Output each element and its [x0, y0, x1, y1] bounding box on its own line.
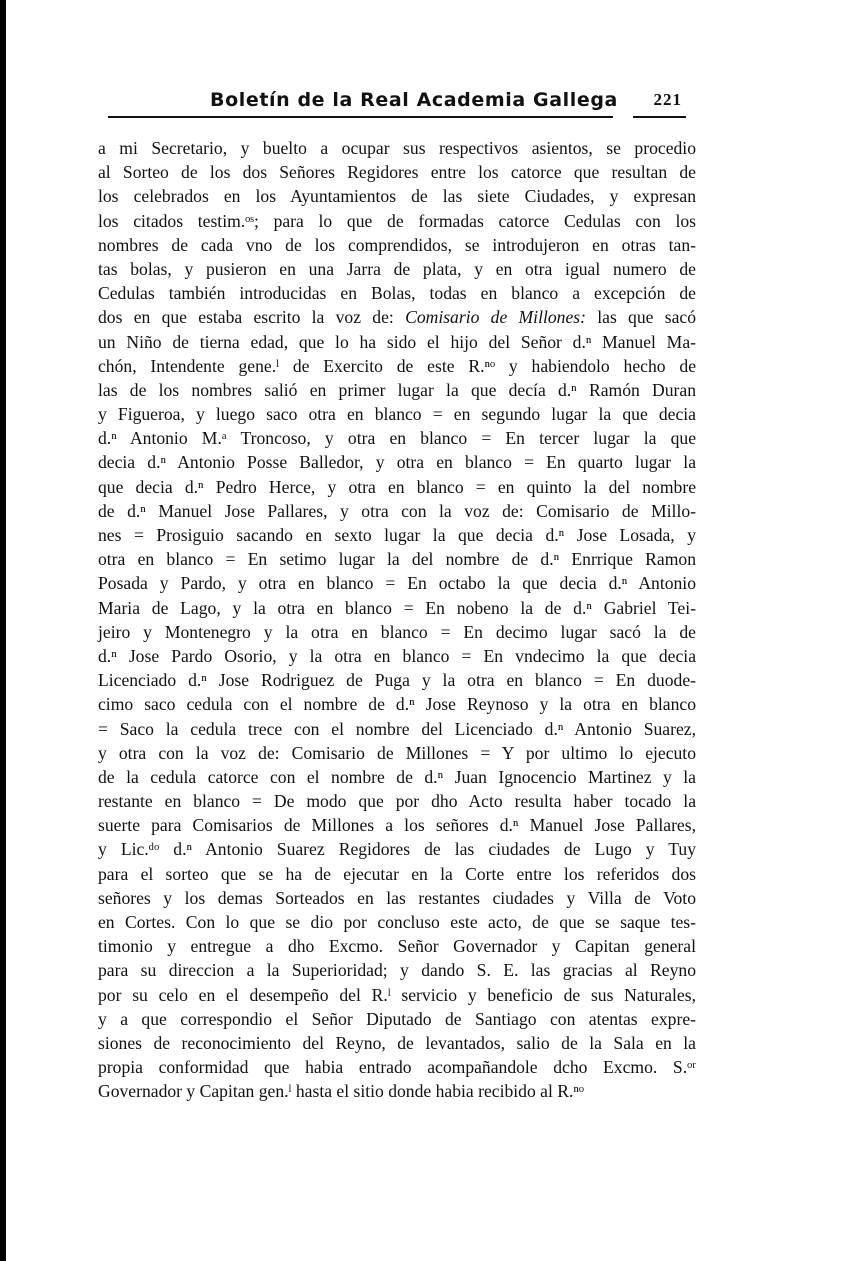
text-line: y Lic.ᵈᵒ d.ⁿ Antonio Suarez Regidores de… — [98, 837, 696, 861]
text-line: de d.ⁿ Manuel Jose Pallares, y otra con … — [98, 499, 696, 523]
text-line: Posada y Pardo, y otra en blanco = En oc… — [98, 571, 696, 595]
text-line: a mi Secretario, y buelto a ocupar sus r… — [98, 136, 696, 160]
text-line: en Cortes. Con lo que se dio por conclus… — [98, 910, 696, 934]
body-text: a mi Secretario, y buelto a ocupar sus r… — [98, 136, 696, 1104]
italic-phrase: Comisario de Millones: — [405, 307, 586, 327]
text-line: jeiro y Montenegro y la otra en blanco =… — [98, 620, 696, 644]
text-line: Cedulas también introducidas en Bolas, t… — [98, 281, 696, 305]
text-line: por su celo en el desempeño del R.ˡ serv… — [98, 983, 696, 1007]
text-line-with-italic: dos en que estaba escrito la voz de: Com… — [98, 305, 696, 329]
text-line: para el sorteo que se ha de ejecutar en … — [98, 862, 696, 886]
text-line: d.ⁿ Antonio M.ᵃ Troncoso, y otra en blan… — [98, 426, 696, 450]
text-line: suerte para Comisarios de Millones a los… — [98, 813, 696, 837]
text-line: y Figueroa, y luego saco otra en blanco … — [98, 402, 696, 426]
text-line: los citados testim.ᵒˢ; para lo que de fo… — [98, 209, 696, 233]
text-line: decia d.ⁿ Antonio Posse Balledor, y otra… — [98, 450, 696, 474]
text-line: y otra con la voz de: Comisario de Millo… — [98, 741, 696, 765]
text-line: Licenciado d.ⁿ Jose Rodriguez de Puga y … — [98, 668, 696, 692]
text-line: nes = Prosiguio sacando en sexto lugar l… — [98, 523, 696, 547]
running-head: Boletín de la Real Academia Gallega 221 — [108, 86, 686, 118]
text-line: de la cedula catorce con el nombre de d.… — [98, 765, 696, 789]
text-line: y a que correspondio el Señor Diputado d… — [98, 1007, 696, 1031]
text-line: que decia d.ⁿ Pedro Herce, y otra en bla… — [98, 475, 696, 499]
header-rule-gap — [613, 116, 633, 118]
text-line: propia conformidad que habia entrado aco… — [98, 1055, 696, 1079]
text-line: al Sorteo de los dos Señores Regidores e… — [98, 160, 696, 184]
text-line: tas bolas, y pusieron en una Jarra de pl… — [98, 257, 696, 281]
text-line: otra en blanco = En setimo lugar la del … — [98, 547, 696, 571]
text-line: las de los nombres salió en primer lugar… — [98, 378, 696, 402]
text-line: para su direccion a la Superioridad; y d… — [98, 958, 696, 982]
text-line: chón, Intendente gene.ˡ de Exercito de e… — [98, 354, 696, 378]
scan-left-edge — [0, 0, 6, 1261]
text-line: nombres de cada vno de los comprendidos,… — [98, 233, 696, 257]
text-line: cimo saco cedula con el nombre de d.ⁿ Jo… — [98, 692, 696, 716]
text-line: siones de reconocimiento del Reyno, de l… — [98, 1031, 696, 1055]
text-line: restante en blanco = De modo que por dho… — [98, 789, 696, 813]
text-line: señores y los demas Sorteados en las res… — [98, 886, 696, 910]
page-number: 221 — [654, 86, 683, 114]
text-line: un Niño de tierna edad, que lo ha sido e… — [98, 330, 696, 354]
text-line: Maria de Lago, y la otra en blanco = En … — [98, 596, 696, 620]
running-title: Boletín de la Real Academia Gallega — [210, 86, 618, 114]
text-line: los celebrados en los Ayuntamientos de l… — [98, 184, 696, 208]
text-line: d.ⁿ Jose Pardo Osorio, y la otra en blan… — [98, 644, 696, 668]
text-line: timonio y entregue a dho Excmo. Señor Go… — [98, 934, 696, 958]
text-line: Governador y Capitan gen.ˡ hasta el siti… — [98, 1079, 696, 1103]
text-line: = Saco la cedula trece con el nombre del… — [98, 717, 696, 741]
header-rule — [108, 116, 686, 118]
